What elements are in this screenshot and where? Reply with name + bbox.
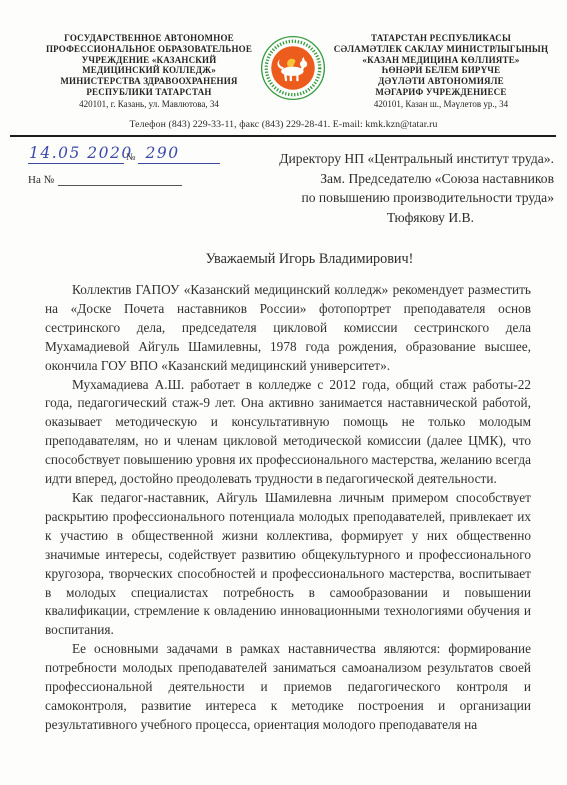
org-line: «КАЗАН МЕДИЦИНА КӨЛЛИЯТЕ»	[328, 55, 554, 66]
org-name-tatar: ТАТАРСТАН РЕСПУБЛИКАСЫ СӘЛАМӘТЛЕК САКЛАУ…	[328, 33, 554, 110]
addressee-block: Директору НП «Центральный институт труда…	[209, 149, 554, 227]
letterhead-divider	[10, 135, 556, 137]
org-line: ДӘҮЛӘТИ АВТОНОМИЯЛЕ	[328, 76, 554, 87]
org-line: ГОСУДАРСТВЕННОЕ АВТОНОМНОЕ	[42, 33, 256, 44]
org-line: РЕСПУБЛИКИ ТАТАРСТАН	[42, 87, 256, 98]
letter-page: ГОСУДАРСТВЕННОЕ АВТОНОМНОЕ ПРОФЕССИОНАЛЬ…	[0, 0, 567, 785]
org-name-russian: ГОСУДАРСТВЕННОЕ АВТОНОМНОЕ ПРОФЕССИОНАЛЬ…	[42, 33, 256, 110]
org-line: УЧРЕЖДЕНИЕ «КАЗАНСКИЙ	[42, 55, 256, 66]
reference-block: 14.05 2020№290 На №	[28, 141, 238, 186]
letterhead: ГОСУДАРСТВЕННОЕ АВТОНОМНОЕ ПРОФЕССИОНАЛЬ…	[42, 33, 554, 110]
paragraph: Как педагог-наставник, Айгуль Шамилевна …	[45, 489, 531, 640]
contact-line: Телефон (843) 229-33-11, факс (843) 229-…	[0, 119, 567, 130]
addressee-name: Тюфякову И.В.	[209, 208, 554, 228]
reply-number-blank	[58, 185, 182, 186]
org-line: ТАТАРСТАН РЕСПУБЛИКАСЫ	[328, 33, 554, 44]
reply-to-row: На №	[28, 171, 238, 186]
handwritten-number: 290	[138, 144, 220, 164]
org-address-tatar: 420101, Казан ш., Мәүлетов ур., 34	[328, 99, 554, 110]
handwritten-date: 14.05 2020	[28, 144, 124, 164]
tatarstan-coat-of-arms-logo	[260, 35, 326, 101]
paragraph: Ее основными задачами в рамках наставнич…	[45, 640, 531, 735]
org-line: МЕДИЦИНСКИЙ КОЛЛЕДЖ»	[42, 65, 256, 76]
letter-body: Коллектив ГАПОУ «Казанский медицинский к…	[45, 281, 531, 735]
addressee-line: Зам. Председателю «Союза наставников	[209, 169, 554, 189]
org-address-russian: 420101, г. Казань, ул. Мавлютова, 34	[42, 99, 256, 110]
org-line: МИНИСТЕРСТВА ЗДРАВООХРАНЕНИЯ	[42, 76, 256, 87]
addressee-line: Директору НП «Центральный институт труда…	[209, 149, 554, 169]
addressee-line: по повышению производительности труда»	[209, 188, 554, 208]
paragraph: Коллектив ГАПОУ «Казанский медицинский к…	[45, 281, 531, 376]
number-sign: №	[126, 152, 136, 163]
org-line: МӘГАРИФ УЧРЕЖДЕНИЕСЕ	[328, 87, 554, 98]
outgoing-date-row: 14.05 2020№290	[28, 141, 238, 164]
paragraph: Мухамадиева А.Ш. работает в колледже с 2…	[45, 376, 531, 489]
tatarstan-emblem-icon	[260, 35, 326, 101]
reply-label: На №	[28, 174, 54, 186]
org-line: СӘЛАМӘТЛЕК САКЛАУ МИНИСТРЛЫГЫНЫҢ	[328, 44, 554, 55]
org-line: ПРОФЕССИОНАЛЬНОЕ ОБРАЗОВАТЕЛЬНОЕ	[42, 44, 256, 55]
salutation: Уважаемый Игорь Владимирович!	[0, 251, 567, 268]
org-line: ҺӨНӘРИ БЕЛЕМ БИРҮЧЕ	[328, 65, 554, 76]
